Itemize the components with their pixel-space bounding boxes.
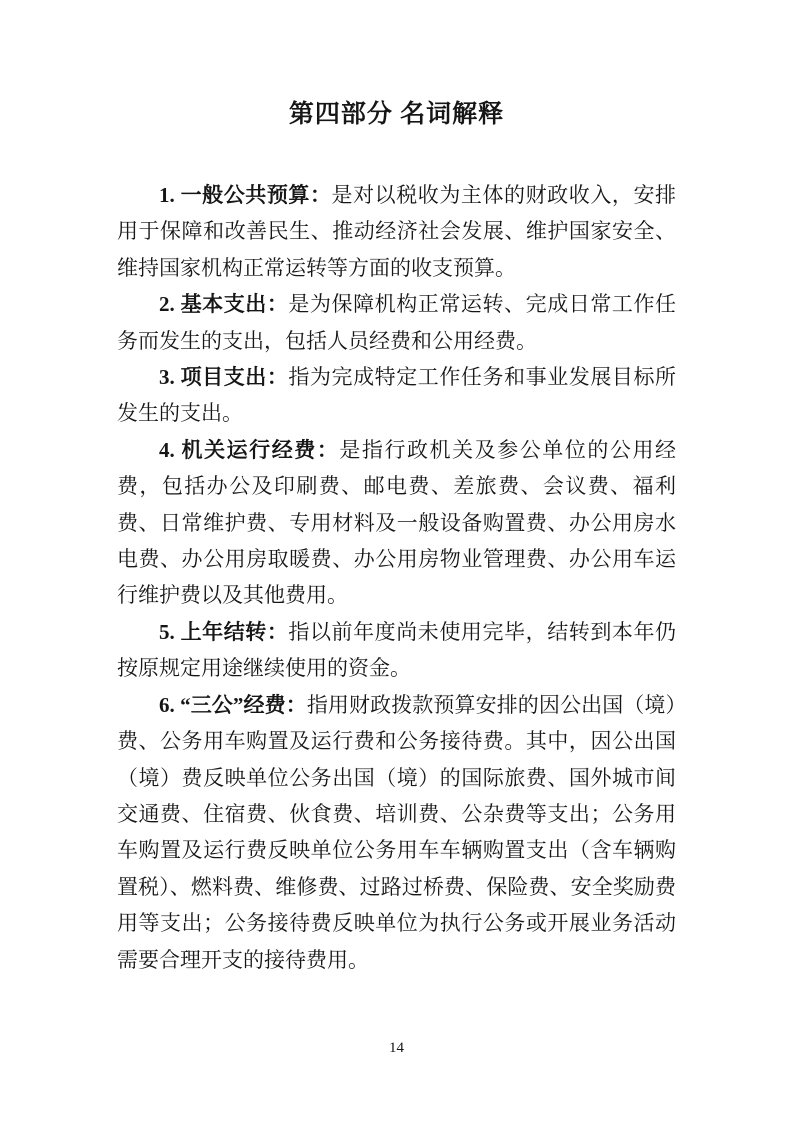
term-label-project-expenditure: 3. 项目支出：	[159, 365, 288, 389]
document-page: 第四部分 名词解释 1. 一般公共预算：是对以税收为主体的财政收入，安排用于保障…	[0, 0, 793, 1122]
definition-paragraph-1: 1. 一般公共预算：是对以税收为主体的财政收入，安排用于保障和改善民生、推动经济…	[117, 177, 676, 286]
definition-paragraph-5: 5. 上年结转：指以前年度尚未使用完毕，结转到本年仍按原规定用途继续使用的资金。	[117, 614, 676, 687]
definitions-section: 1. 一般公共预算：是对以税收为主体的财政收入，安排用于保障和改善民生、推动经济…	[117, 177, 676, 978]
term-label-agency-operating-funds: 4. 机关运行经费：	[159, 438, 339, 462]
term-label-general-public-budget: 1. 一般公共预算：	[159, 183, 332, 207]
definition-paragraph-3: 3. 项目支出：指为完成特定工作任务和事业发展目标所发生的支出。	[117, 359, 676, 432]
page-number: 14	[0, 1038, 793, 1058]
term-label-basic-expenditure: 2. 基本支出：	[159, 292, 288, 316]
term-definition: 指用财政拨款预算安排的因公出国（境）费、公务用车购置及运行费和公务接待费。其中，…	[117, 693, 676, 972]
term-label-prior-year-carryover: 5. 上年结转：	[159, 620, 288, 644]
term-definition: 是指行政机关及参公单位的公用经费，包括办公及印刷费、邮电费、差旅费、会议费、福利…	[117, 438, 676, 608]
definition-paragraph-4: 4. 机关运行经费：是指行政机关及参公单位的公用经费，包括办公及印刷费、邮电费、…	[117, 432, 676, 614]
definition-paragraph-2: 2. 基本支出：是为保障机构正常运转、完成日常工作任务而发生的支出，包括人员经费…	[117, 286, 676, 359]
page-title: 第四部分 名词解释	[0, 97, 793, 133]
term-label-three-public-funds: 6. “三公”经费：	[159, 693, 307, 717]
definition-paragraph-6: 6. “三公”经费：指用财政拨款预算安排的因公出国（境）费、公务用车购置及运行费…	[117, 687, 676, 978]
